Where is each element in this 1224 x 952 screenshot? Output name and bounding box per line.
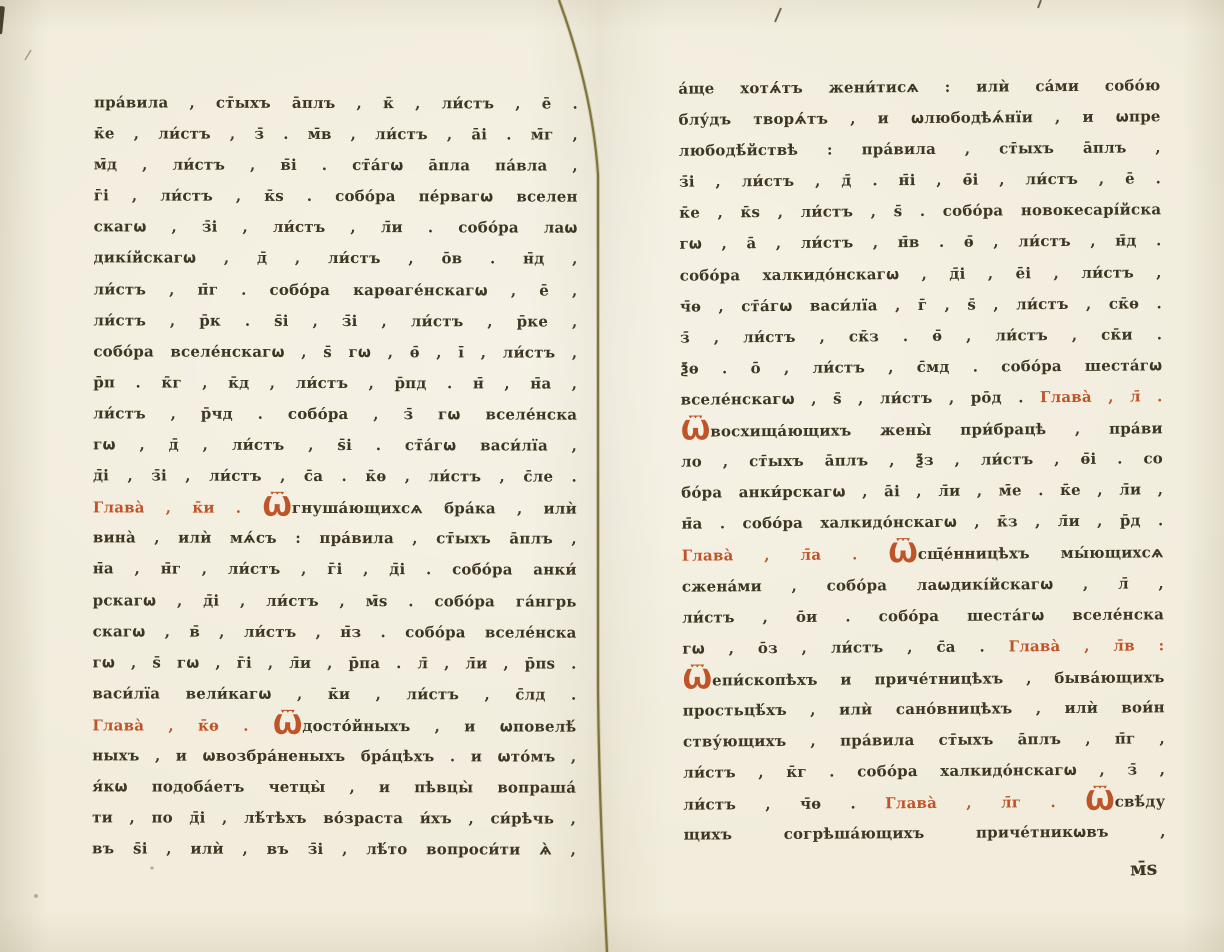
text-line: ч̄ѳ , ст̄а́гѡ васи́лїа , г̄ , ѕ̄ , ли́ст… — [680, 288, 1162, 322]
body-text: восхища́ющихъ жены̀ при́брацѣ , пра́ви — [710, 419, 1163, 440]
text-line: Глава̀ , л̄а . Ѿсщ̄е́нницѣхъ мы́ющихсѧ — [682, 537, 1164, 571]
text-line: Глава̀ , к̄и . Ѿгнуша́ющихсѧ бра́ка , ил… — [93, 492, 577, 524]
body-text: к̄е , к̄ѕ , ли́стъ , ѕ̄ . собо́ра новоке… — [679, 201, 1161, 222]
body-text: ти , по д̄і , лѣ́тѣхъ во́зраста и́хъ , с… — [92, 809, 576, 828]
text-line: р̄п . к̄г , к̄д , ли́стъ , р̄пд . н̄ , н… — [93, 367, 577, 399]
text-line: ли́стъ , р̄чд . собо́ра , з̄ гѡ вселе́нс… — [93, 398, 577, 430]
body-text: пра́вила , ст̄ыхъ а̄плъ , к̄ , ли́стъ , … — [94, 93, 578, 112]
text-line: ли́стъ , о̄и . собо́ра шеста́гѡ вселе́нс… — [682, 599, 1164, 633]
rubric-text: Глава̀ , к̄и . — [93, 499, 262, 517]
body-text: гнуша́ющихсѧ бра́ка , илѝ — [292, 499, 577, 518]
body-text: ли́стъ , р̄чд . собо́ра , з̄ гѡ вселе́нс… — [93, 404, 577, 423]
text-line: васи́лїа вели́кагѡ , к̄и , ли́стъ , с̄лд… — [92, 678, 576, 710]
text-line: любодѣ́йствѣ : пра́вила , ст̄ыхъ а̄плъ , — [679, 133, 1161, 167]
rubric-initial-omega: Ѿ — [681, 416, 711, 447]
body-text: рскагѡ , д̄і , ли́стъ , м̄ѕ . собо́ра га… — [93, 591, 577, 610]
text-line: д̄і , з̄і , ли́стъ , с̄а . к̄ѳ , ли́стъ … — [93, 460, 577, 492]
body-text: досто́йныхъ , и ѡповелѣ́ — [302, 717, 576, 736]
body-text: к̄е , ли́стъ , з̄ . м̄в , ли́стъ , а̄і .… — [94, 124, 578, 143]
body-text: ли́стъ , ч̄ѳ . — [683, 794, 885, 813]
body-text: н̄а . собо́ра халкидо́нскагѡ , к̄з , л̄и… — [681, 512, 1163, 533]
book-spread-scan: пра́вила , ст̄ыхъ а̄плъ , к̄ , ли́стъ , … — [0, 0, 1224, 952]
speck-mark — [25, 50, 31, 60]
text-line: ству́ющихъ , пра́вила ст̄ыхъ а̄плъ , п̄г… — [683, 723, 1165, 757]
body-text: собо́ра вселе́нскагѡ , ѕ̄ гѡ , ѳ̄ , і̄ ,… — [93, 342, 577, 361]
text-line: гѡ , о̄з , ли́стъ , с̄а . Глава̀ , л̄в : — [682, 630, 1164, 664]
folio-number: м̄ѕ — [1130, 858, 1158, 881]
body-text: гѡ , д̄ , ли́стъ , ѕ̄і . ст̄а́гѡ васи́лї… — [93, 435, 577, 454]
text-line: ли́стъ , р̄к . ѕ̄і , з̄і , ли́стъ , р̄ке… — [93, 305, 577, 337]
right-page: а́ще хотѧ́тъ жени́тисѧ : илѝ са́ми собо́… — [678, 70, 1165, 851]
text-line: н̄а , н̄г , ли́стъ , г̄і , д̄і . собо́ра… — [93, 554, 577, 586]
body-text: простьцѣ́хъ , илѝ сано́вницѣхъ , илѝ вои… — [683, 698, 1165, 719]
body-text: н̄а , н̄г , ли́стъ , г̄і , д̄і . собо́ра… — [93, 560, 577, 579]
text-line: щихъ согрѣша́ющихъ приче́тникѡвъ , — [684, 817, 1166, 851]
text-line: ныхъ , и ѡвозбра́неныхъ бра́цѣхъ . и ѡто… — [92, 740, 576, 772]
text-line: ли́стъ , ч̄ѳ . Глава̀ , л̄г . Ѿсвѣ́ду — [683, 785, 1165, 819]
rubric-text: Глава̀ , л̄г . — [885, 793, 1085, 812]
text-line: собо́ра халкидо́нскагѡ , д̄і , е̄і , ли́… — [680, 257, 1162, 291]
text-line: н̄а . собо́ра халкидо́нскагѡ , к̄з , л̄и… — [681, 506, 1163, 540]
rubric-text: Глава̀ , л̄ . — [1040, 387, 1163, 406]
speck-mark — [775, 8, 781, 22]
body-text: любодѣ́йствѣ : пра́вила , ст̄ыхъ а̄плъ , — [679, 139, 1161, 160]
body-text: з̄ , ли́стъ , ск̄з . ѳ̄ , ли́стъ , ск̄и … — [680, 325, 1162, 346]
rubric-initial-omega: Ѿ — [1085, 786, 1115, 817]
body-text: собо́ра халкидо́нскагѡ , д̄і , е̄і , ли́… — [680, 263, 1162, 284]
text-line: к̄е , к̄ѕ , ли́стъ , ѕ̄ . собо́ра новоке… — [679, 195, 1161, 229]
text-line: рскагѡ , д̄і , ли́стъ , м̄ѕ . собо́ра га… — [93, 585, 577, 617]
body-text: я́кѡ подоба́етъ четцы̀ , и пѣвцы̀ вопраш… — [92, 777, 576, 796]
body-text: ч̄ѳ , ст̄а́гѡ васи́лїа , г̄ , ѕ̄ , ли́ст… — [680, 294, 1162, 315]
body-text: сжена́ми , собо́ра лаѡдикі́йскагѡ , л̄ , — [682, 574, 1164, 595]
text-line: простьцѣ́хъ , илѝ сано́вницѣхъ , илѝ вои… — [683, 692, 1165, 726]
text-line: блу́дъ творѧ́тъ , и ѡлюбодѣѧ́нїи , и ѡпр… — [679, 101, 1161, 135]
text-line: ти , по д̄і , лѣ́тѣхъ во́зраста и́хъ , с… — [92, 803, 576, 835]
text-line: гѡ , д̄ , ли́стъ , ѕ̄і . ст̄а́гѡ васи́лї… — [93, 429, 577, 461]
body-text: скагѡ , з̄і , ли́стъ , л̄и . собо́ра лаѡ — [94, 218, 578, 237]
text-line: вина̀ , илѝ мѧ́съ : пра́вила , ст̄ыхъ а̄… — [93, 523, 577, 555]
text-line: гѡ , ѕ̄ гѡ , г̄і , л̄и , р̄па . л̄ , л̄и… — [92, 647, 576, 679]
body-text: сщ̄е́нницѣхъ мы́ющихсѧ — [918, 544, 1164, 564]
body-text: гѡ , а̄ , ли́стъ , н̄в . ѳ̄ , ли́стъ , н… — [679, 232, 1161, 253]
body-text: ныхъ , и ѡвозбра́неныхъ бра́цѣхъ . и ѡто… — [92, 746, 576, 765]
rubric-text: Глава̀ , л̄в : — [1009, 636, 1165, 655]
rubric-text: Глава̀ , к̄ѳ . — [92, 716, 273, 734]
body-text: гѡ , ѕ̄ гѡ , г̄і , л̄и , р̄па . л̄ , л̄и… — [92, 653, 576, 672]
body-text: вселе́нскагѡ , ѕ̄ , ли́стъ , ро̄д . — [681, 388, 1041, 409]
text-line: гѡ , а̄ , ли́стъ , н̄в . ѳ̄ , ли́стъ , н… — [679, 226, 1161, 260]
body-text: м̄д , ли́стъ , в̄і . ст̄а́гѡ а̄пла па́вл… — [94, 156, 578, 175]
body-text: скагѡ , в̄ , ли́стъ , н̄з . собо́ра всел… — [93, 622, 577, 641]
rubric-initial-omega: Ѿ — [262, 492, 292, 523]
body-text: вина̀ , илѝ мѧ́съ : пра́вила , ст̄ыхъ а̄… — [93, 529, 577, 548]
text-line: дикі́йскагѡ , д̄ , ли́стъ , о̄в . н̄д , — [94, 243, 578, 275]
text-line: пра́вила , ст̄ыхъ а̄плъ , к̄ , ли́стъ , … — [94, 87, 578, 119]
body-text: ли́стъ , к̄г . собо́ра халкидо́нскагѡ , … — [683, 760, 1165, 781]
body-text: ли́стъ , п̄г . собо́ра карѳаге́нскагѡ , … — [93, 280, 577, 299]
left-page: пра́вила , ст̄ыхъ а̄плъ , к̄ , ли́стъ , … — [92, 87, 578, 866]
text-line: бо́ра анки́рскагѡ , а̄і , л̄и , м̄е . к̄… — [681, 475, 1163, 509]
body-text: ли́стъ , о̄и . собо́ра шеста́гѡ вселе́нс… — [682, 605, 1164, 626]
text-line: ли́стъ , п̄г . собо́ра карѳаге́нскагѡ , … — [93, 274, 577, 306]
body-text: въ ѕ̄і , илѝ , въ з̄і , лѣ́то вопроси́ти… — [92, 840, 576, 859]
body-text: з̄і , ли́стъ , д̄ . н̄і , ѳ̄і , ли́стъ ,… — [679, 170, 1161, 191]
text-line: вселе́нскагѡ , ѕ̄ , ли́стъ , ро̄д . Глав… — [680, 381, 1162, 415]
edge-speck — [0, 6, 5, 34]
text-line: Ѿепи́скопѣхъ и приче́тницѣхъ , быва́ющих… — [682, 661, 1164, 695]
text-line: г̄і , ли́стъ , к̄ѕ . собо́ра пе́рвагѡ вс… — [94, 181, 578, 213]
body-text: свѣ́ду — [1115, 792, 1166, 810]
text-line: я́кѡ подоба́етъ четцы̀ , и пѣвцы̀ вопраш… — [92, 771, 576, 803]
body-text: васи́лїа вели́кагѡ , к̄и , ли́стъ , с̄лд… — [92, 684, 576, 703]
text-line: а́ще хотѧ́тъ жени́тисѧ : илѝ са́ми собо́… — [678, 70, 1160, 104]
body-text: гѡ , о̄з , ли́стъ , с̄а . — [682, 637, 1008, 657]
body-text: бо́ра анки́рскагѡ , а̄і , л̄и , м̄е . к̄… — [681, 481, 1163, 502]
text-line: въ ѕ̄і , илѝ , въ з̄і , лѣ́то вопроси́ти… — [92, 834, 576, 866]
body-text: ли́стъ , р̄к . ѕ̄і , з̄і , ли́стъ , р̄ке… — [93, 311, 577, 330]
text-line: скагѡ , в̄ , ли́стъ , н̄з . собо́ра всел… — [93, 616, 577, 648]
text-line: ѯ̄ѳ . о̄ , ли́стъ , с̄мд . собо́ра шеста… — [680, 350, 1162, 384]
text-line: собо́ра вселе́нскагѡ , ѕ̄ гѡ , ѳ̄ , і̄ ,… — [93, 336, 577, 368]
text-line: скагѡ , з̄і , ли́стъ , л̄и . собо́ра лаѡ — [94, 212, 578, 244]
text-line: к̄е , ли́стъ , з̄ . м̄в , ли́стъ , а̄і .… — [94, 118, 578, 150]
body-text: ству́ющихъ , пра́вила ст̄ыхъ а̄плъ , п̄г… — [683, 729, 1165, 750]
rubric-text: Глава̀ , л̄а . — [682, 546, 889, 565]
text-line: з̄і , ли́стъ , д̄ . н̄і , ѳ̄і , ли́стъ ,… — [679, 164, 1161, 198]
body-text: г̄і , ли́стъ , к̄ѕ . собо́ра пе́рвагѡ вс… — [94, 187, 578, 206]
rubric-initial-omega: Ѿ — [273, 710, 303, 741]
body-text: дикі́йскагѡ , д̄ , ли́стъ , о̄в . н̄д , — [94, 249, 578, 268]
speck-dot — [34, 894, 38, 898]
body-text: щихъ согрѣша́ющихъ приче́тникѡвъ , — [684, 823, 1166, 844]
body-text: ѯ̄ѳ . о̄ , ли́стъ , с̄мд . собо́ра шеста… — [680, 356, 1162, 377]
text-line: Ѿвосхища́ющихъ жены̀ при́брацѣ , пра́ви — [681, 412, 1163, 446]
body-text: епи́скопѣхъ и приче́тницѣхъ , быва́ющихъ — [712, 668, 1165, 689]
speck-mark — [1038, 0, 1041, 8]
text-line: м̄д , ли́стъ , в̄і . ст̄а́гѡ а̄пла па́вл… — [94, 150, 578, 182]
text-line: ло , ст̄ыхъ а̄плъ , ѯ̄з , ли́стъ , ѳ̄і .… — [681, 443, 1163, 477]
body-text: блу́дъ творѧ́тъ , и ѡлюбодѣѧ́нїи , и ѡпр… — [679, 107, 1161, 128]
text-line: Глава̀ , к̄ѳ . Ѿдосто́йныхъ , и ѡповелѣ́ — [92, 709, 576, 741]
text-line: з̄ , ли́стъ , ск̄з . ѳ̄ , ли́стъ , ск̄и … — [680, 319, 1162, 353]
body-text: а́ще хотѧ́тъ жени́тисѧ : илѝ са́ми собо́… — [678, 76, 1160, 97]
rubric-initial-omega: Ѿ — [888, 538, 918, 569]
text-line: сжена́ми , собо́ра лаѡдикі́йскагѡ , л̄ , — [682, 568, 1164, 602]
speck-dot — [150, 866, 153, 869]
body-text: ло , ст̄ыхъ а̄плъ , ѯ̄з , ли́стъ , ѳ̄і .… — [681, 449, 1163, 470]
rubric-initial-omega: Ѿ — [682, 664, 712, 695]
body-text: р̄п . к̄г , к̄д , ли́стъ , р̄пд . н̄ , н… — [93, 373, 577, 392]
body-text: д̄і , з̄і , ли́стъ , с̄а . к̄ѳ , ли́стъ … — [93, 466, 577, 485]
text-line: ли́стъ , к̄г . собо́ра халкидо́нскагѡ , … — [683, 754, 1165, 788]
